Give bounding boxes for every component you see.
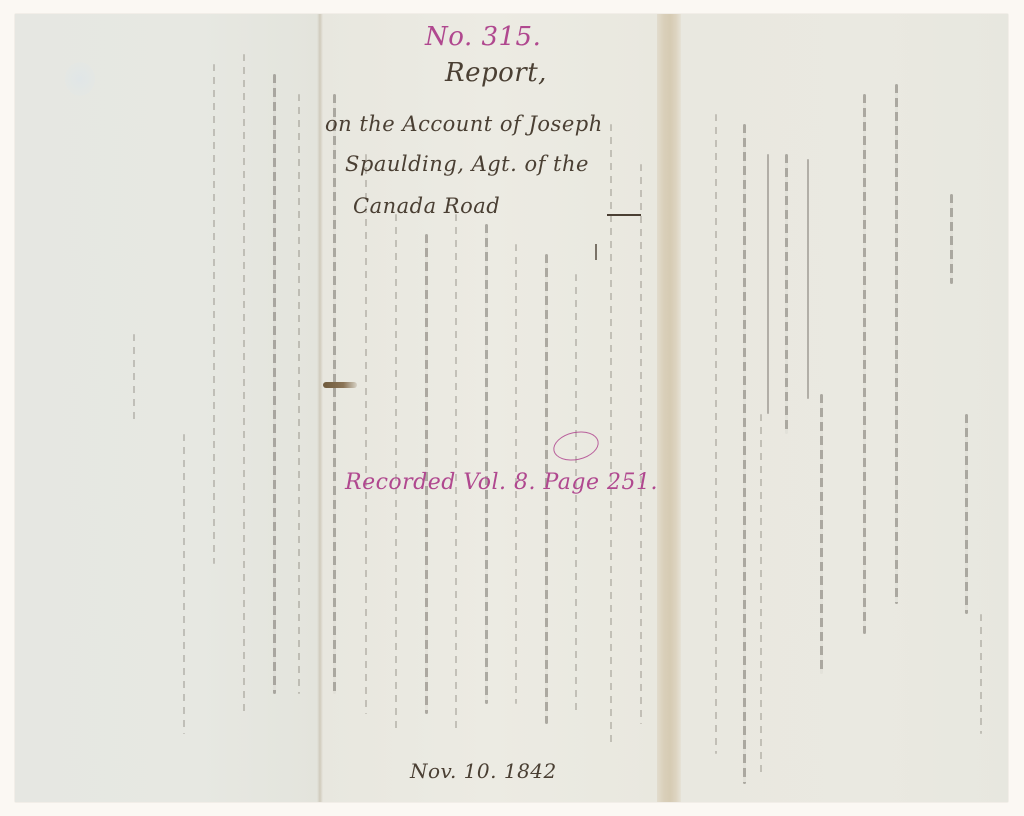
- document-sheet: No. 315. Report, on the Account of Josep…: [15, 14, 1008, 802]
- bleed-through-stroke: [715, 114, 717, 754]
- bleed-through-stroke: [820, 394, 823, 674]
- bleed-through-stroke: [133, 334, 135, 424]
- bleed-through-rule: [807, 159, 809, 399]
- bleed-through-stroke: [895, 84, 898, 604]
- bleed-through-stroke: [980, 614, 982, 734]
- fold-line-right: [657, 14, 681, 802]
- subject-line-1: on the Account of Joseph: [325, 112, 603, 136]
- bleed-through-stroke: [365, 154, 367, 714]
- bleed-through-stroke: [785, 154, 788, 434]
- pen-mark: [595, 244, 597, 260]
- bleed-through-stroke: [760, 414, 762, 774]
- bleed-through-stroke: [333, 94, 336, 694]
- bleed-through-stroke: [965, 414, 968, 614]
- bleed-through-stroke: [950, 194, 953, 284]
- subject-line-2: Spaulding, Agt. of the: [345, 152, 589, 176]
- bleed-through-stroke: [298, 94, 300, 694]
- bleed-through-stroke: [485, 224, 488, 704]
- bleed-through-stroke: [610, 124, 612, 744]
- bleed-through-stroke: [743, 124, 746, 784]
- ink-blot: [323, 382, 357, 388]
- scan-stage: No. 315. Report, on the Account of Josep…: [0, 0, 1024, 816]
- bleed-through-stroke: [640, 164, 642, 724]
- document-date: Nov. 10. 1842: [410, 759, 557, 783]
- closing-dash: [607, 214, 641, 216]
- bleed-through-stroke: [183, 434, 185, 734]
- subject-line-3: Canada Road: [353, 194, 500, 218]
- fold-line-left: [317, 14, 323, 802]
- paper-watermark: [65, 62, 95, 96]
- bleed-through-stroke: [213, 64, 215, 564]
- bleed-through-stroke: [273, 74, 276, 694]
- right-panel: [680, 14, 1008, 802]
- bleed-through-stroke: [243, 54, 245, 714]
- bleed-through-rule: [767, 154, 769, 414]
- document-number: No. 315.: [425, 22, 541, 52]
- recorded-note: Recorded Vol. 8. Page 251.: [345, 470, 658, 495]
- bleed-through-stroke: [863, 94, 866, 634]
- document-title: Report,: [445, 58, 547, 88]
